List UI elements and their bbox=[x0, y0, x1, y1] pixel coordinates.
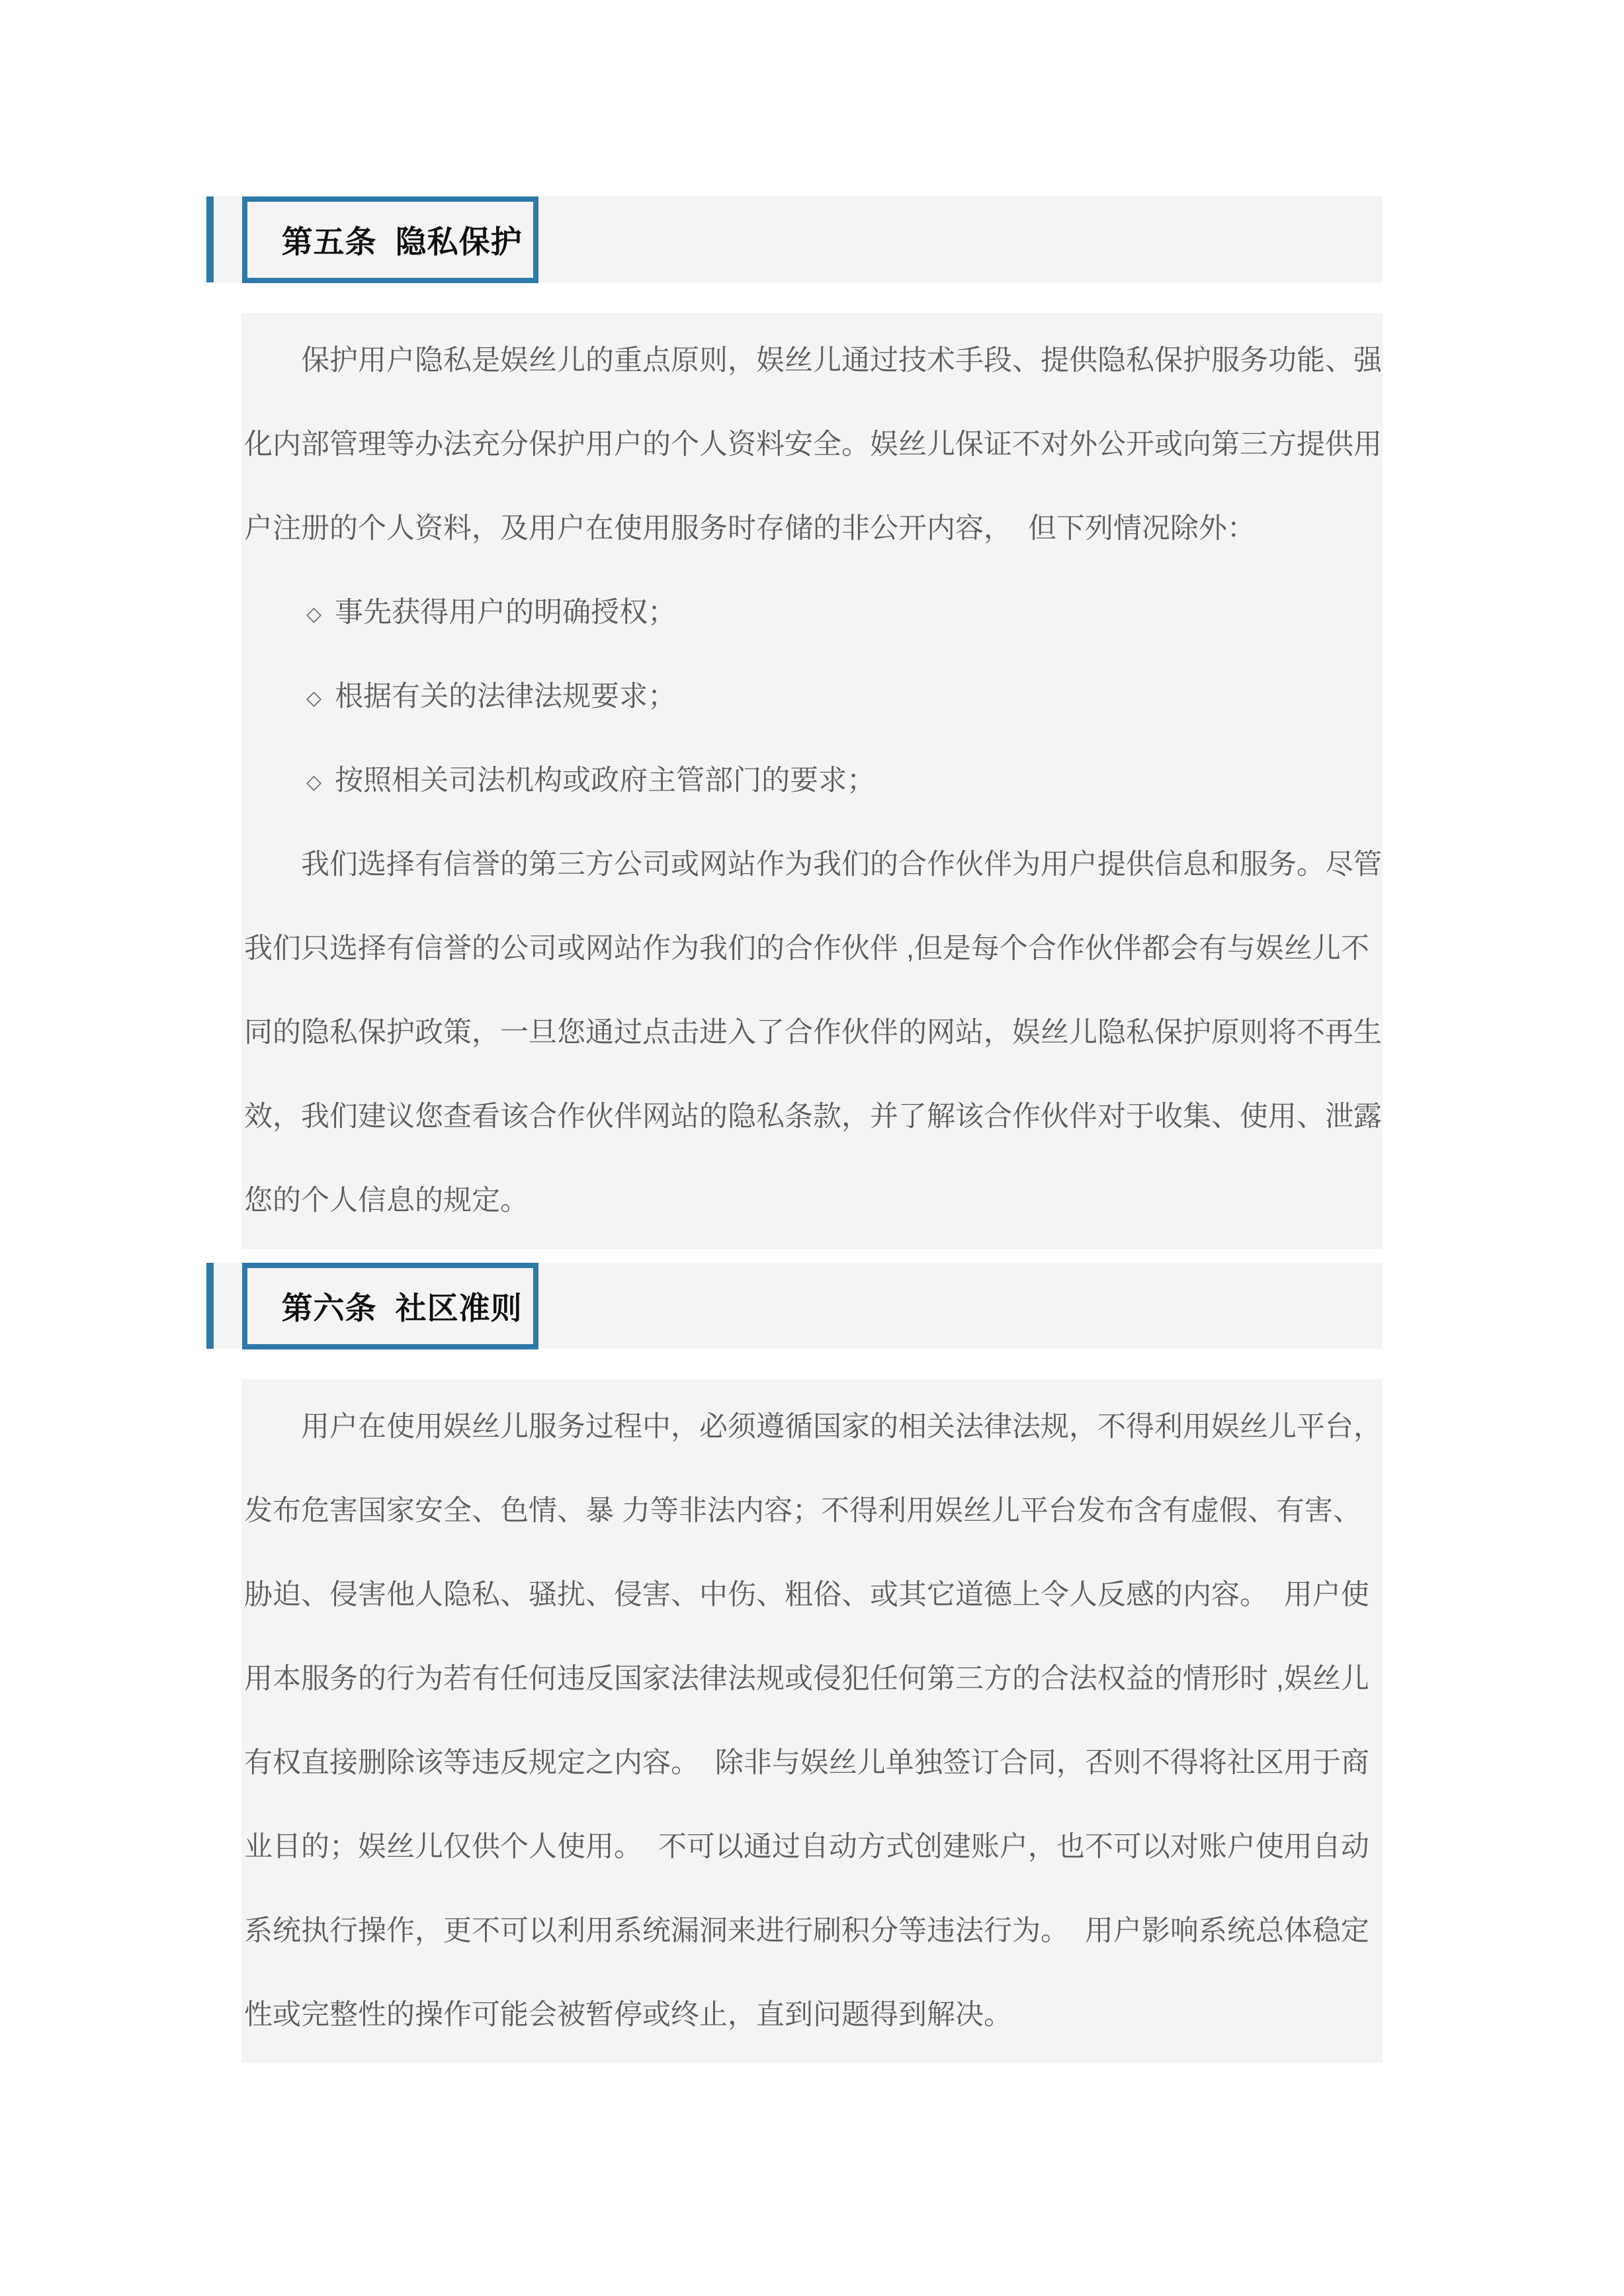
document-page: { "theme": { "accent_blue": "#2e79a9", "… bbox=[0, 0, 1624, 2296]
diamond-bullet-icon: ◇ bbox=[306, 603, 321, 625]
bullet-text: 根据有关的法律法规要求； bbox=[335, 681, 676, 712]
section-title: 第五条 隐私保护 bbox=[282, 224, 523, 259]
paragraph-block: 用户在使用娱丝儿服务过程中，必须遵循国家的相关法律法规，不得利用娱丝儿平台， 发… bbox=[241, 1379, 1383, 2063]
text-line: 用本服务的行为若有任何违反国家法律法规或侵犯任何第三方的合法权益的情形时 ,娱丝… bbox=[244, 1637, 1356, 1721]
text-line: 化内部管理等办法充分保护用户的个人资料安全。娱丝儿保证不对外公开或向第三方提供用 bbox=[244, 403, 1356, 487]
section-title: 第六条 社区准则 bbox=[282, 1291, 523, 1326]
diamond-bullet-icon: ◇ bbox=[306, 687, 321, 709]
section-heading-row: 第五条 隐私保护 bbox=[206, 196, 1383, 282]
heading-box: 第六条 社区准则 bbox=[242, 1263, 538, 1349]
text-line: 业目的；娱丝儿仅供个人使用。 不可以通过自动方式创建账户，也不可以对账户使用自动 bbox=[244, 1805, 1356, 1889]
text-line: 户注册的个人资料，及用户在使用服务时存储的非公开内容， 但下列情况除外： bbox=[244, 487, 1356, 571]
text-line: 我们选择有信誉的第三方公司或网站作为我们的合作伙伴为用户提供信息和服务。尽管 bbox=[244, 823, 1356, 907]
section-article-6: 第六条 社区准则 用户在使用娱丝儿服务过程中，必须遵循国家的相关法律法规，不得利… bbox=[206, 1263, 1383, 2063]
text-line: 发布危害国家安全、色情、暴 力等非法内容；不得利用娱丝儿平台发布含有虚假、有害、 bbox=[244, 1469, 1356, 1553]
text-line: 性或完整性的操作可能会被暂停或终止，直到问题得到解决。 bbox=[244, 1973, 1356, 2057]
bullet-text: 按照相关司法机构或政府主管部门的要求； bbox=[335, 765, 875, 796]
content-column: 第五条 隐私保护 保护用户隐私是娱丝儿的重点原则，娱丝儿通过技术手段、提供隐私保… bbox=[206, 0, 1383, 2063]
bullet-line: ◇根据有关的法律法规要求； bbox=[244, 655, 1356, 739]
text-line: 效，我们建议您查看该合作伙伴网站的隐私条款，并了解该合作伙伴对于收集、使用、泄露 bbox=[244, 1075, 1356, 1159]
text-line: 有权直接删除该等违反规定之内容。 除非与娱丝儿单独签订合同，否则不得将社区用于商 bbox=[244, 1721, 1356, 1805]
text-line: 胁迫、侵害他人隐私、骚扰、侵害、中伤、粗俗、或其它道德上令人反感的内容。 用户使 bbox=[244, 1553, 1356, 1637]
heading-box: 第五条 隐私保护 bbox=[242, 196, 538, 283]
section-article-5: 第五条 隐私保护 保护用户隐私是娱丝儿的重点原则，娱丝儿通过技术手段、提供隐私保… bbox=[206, 196, 1383, 1249]
paragraph-block: 保护用户隐私是娱丝儿的重点原则，娱丝儿通过技术手段、提供隐私保护服务功能、强 化… bbox=[241, 313, 1383, 1249]
section-heading-row: 第六条 社区准则 bbox=[206, 1263, 1383, 1349]
text-line: 我们只选择有信誉的公司或网站作为我们的合作伙伴 ,但是每个合作伙伴都会有与娱丝儿… bbox=[244, 907, 1356, 991]
text-line: 用户在使用娱丝儿服务过程中，必须遵循国家的相关法律法规，不得利用娱丝儿平台， bbox=[244, 1385, 1356, 1469]
diamond-bullet-icon: ◇ bbox=[306, 771, 321, 793]
bullet-line: ◇按照相关司法机构或政府主管部门的要求； bbox=[244, 739, 1356, 823]
text-line: 同的隐私保护政策，一旦您通过点击进入了合作伙伴的网站，娱丝儿隐私保护原则将不再生 bbox=[244, 991, 1356, 1075]
bullet-text: 事先获得用户的明确授权； bbox=[335, 597, 676, 628]
text-line: 保护用户隐私是娱丝儿的重点原则，娱丝儿通过技术手段、提供隐私保护服务功能、强 bbox=[244, 319, 1356, 403]
bullet-line: ◇事先获得用户的明确授权； bbox=[244, 571, 1356, 655]
text-line: 系统执行操作，更不可以利用系统漏洞来进行刷积分等违法行为。 用户影响系统总体稳定 bbox=[244, 1889, 1356, 1973]
text-line: 您的个人信息的规定。 bbox=[244, 1159, 1356, 1243]
